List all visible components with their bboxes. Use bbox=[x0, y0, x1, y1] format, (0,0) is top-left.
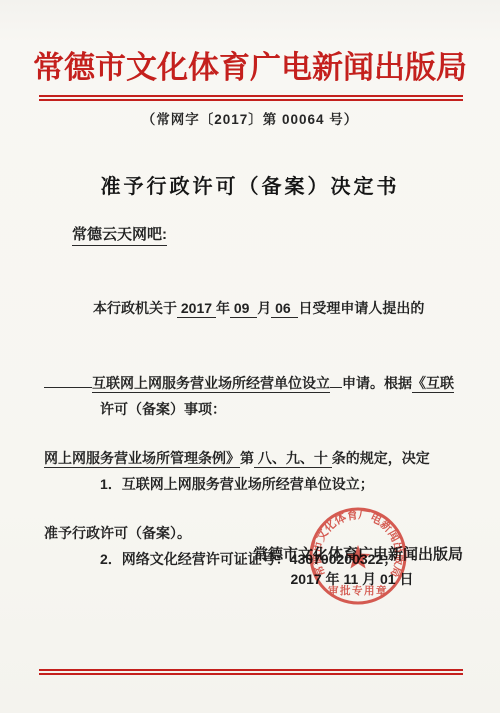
filled-blank-year: 2017 bbox=[177, 300, 216, 318]
seal-star-icon bbox=[346, 545, 371, 569]
addressee-name: 常德云天网吧: bbox=[72, 223, 167, 246]
body-line-1: 本行政机关于 2017 年 09 月 06 日受理申请人提出的 bbox=[44, 296, 464, 321]
law-title-start: 《互联 bbox=[412, 375, 454, 393]
permit-items-heading: 许可（备案）事项： bbox=[100, 397, 397, 422]
issuing-agency-title: 常德市文化体育广电新闻出版局 bbox=[0, 42, 500, 87]
body-text: 本行政机关于 bbox=[93, 300, 177, 316]
filled-blank-month: 09 bbox=[230, 300, 257, 318]
filled-blank-day: 06 bbox=[271, 300, 298, 318]
body-text: 日受理申请人提出的 bbox=[298, 300, 424, 316]
document-page: 常德市文化体育广电新闻出版局 （常网字〔2017〕第 00064 号） 准予行政… bbox=[0, 0, 500, 713]
form-blank-underline bbox=[44, 375, 92, 388]
permit-item-1: 1．互联网上网服务营业场所经营单位设立； bbox=[100, 472, 397, 497]
body-text: 月 bbox=[257, 300, 271, 316]
seal-bottom-text: 审批专用章 bbox=[328, 584, 388, 597]
svg-text:常德市文化体育广电新闻出版局: 常德市文化体育广电新闻出版局 bbox=[308, 506, 408, 579]
document-number: （常网字〔2017〕第 00064 号） bbox=[0, 108, 500, 128]
seal-arc-text: 常德市文化体育广电新闻出版局 bbox=[308, 506, 408, 579]
body-text: 年 bbox=[216, 300, 230, 316]
header-double-rule bbox=[39, 95, 463, 101]
footer-double-rule bbox=[39, 669, 463, 675]
decision-title: 准予行政许可（备案）决定书 bbox=[0, 170, 500, 199]
official-red-seal: 常德市文化体育广电新闻出版局 审批专用章 bbox=[306, 504, 410, 608]
